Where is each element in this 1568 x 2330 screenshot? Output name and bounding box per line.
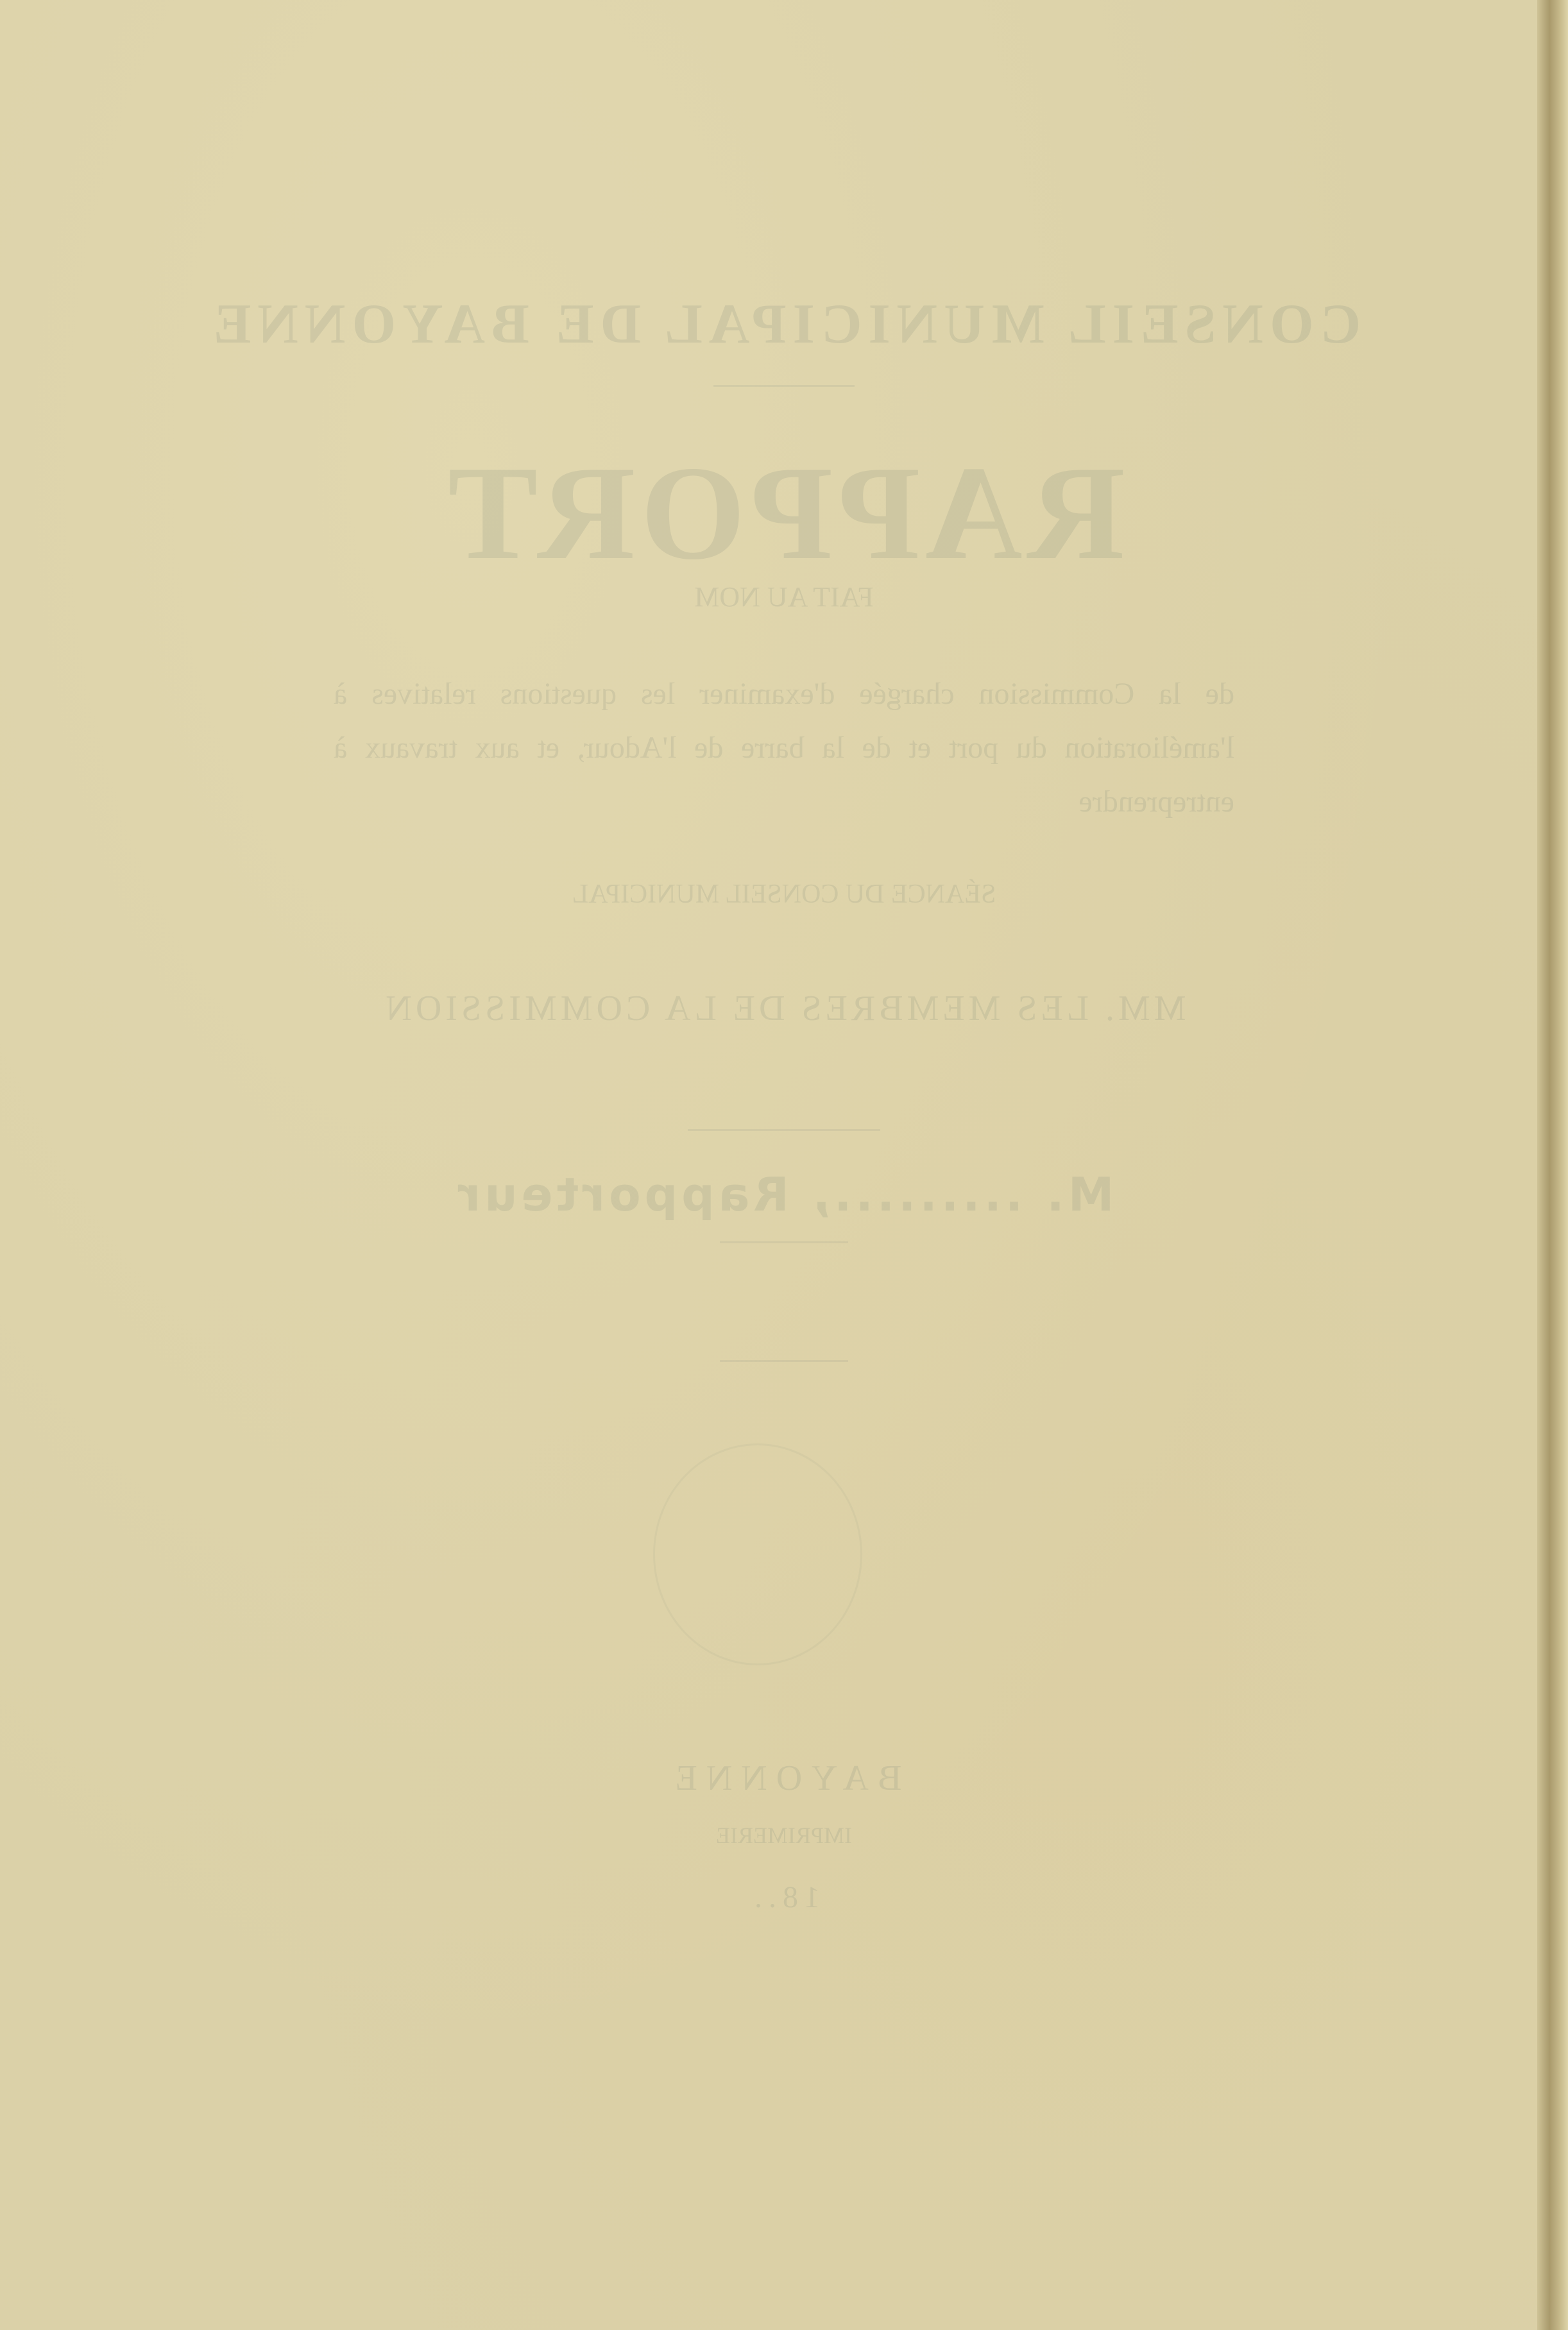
divider — [713, 385, 855, 387]
bleed-rapporteur: M. ........., Rapporteur — [0, 1168, 1568, 1221]
vignette-ornament — [653, 1443, 862, 1665]
bleed-city: BAYONNE — [0, 1758, 1568, 1799]
page-edge-shadow — [1537, 0, 1568, 2330]
bleed-subtitle: FAIT AU NOM — [0, 581, 1568, 613]
bleed-title: RAPPORT — [0, 436, 1568, 591]
bleed-heading: CONSEIL MUNICIPAL DE BAYONNE — [0, 292, 1568, 357]
divider — [720, 1360, 848, 1362]
divider — [688, 1129, 880, 1131]
bleed-year: 18.. — [0, 1880, 1568, 1915]
divider — [720, 1241, 848, 1243]
bleed-printer: IMPRIMERIE — [0, 1822, 1568, 1849]
bleed-paragraph: de la Commission chargée d'examiner les … — [0, 667, 1568, 829]
scanned-page: CONSEIL MUNICIPAL DE BAYONNE RAPPORT FAI… — [0, 0, 1568, 2330]
bleed-session: SÉANCE DU CONSEIL MUNICIPAL — [0, 879, 1568, 910]
show-through-text: CONSEIL MUNICIPAL DE BAYONNE RAPPORT FAI… — [0, 0, 1568, 2330]
bleed-members: MM. LES MEMBRES DE LA COMMISSION — [0, 988, 1568, 1029]
